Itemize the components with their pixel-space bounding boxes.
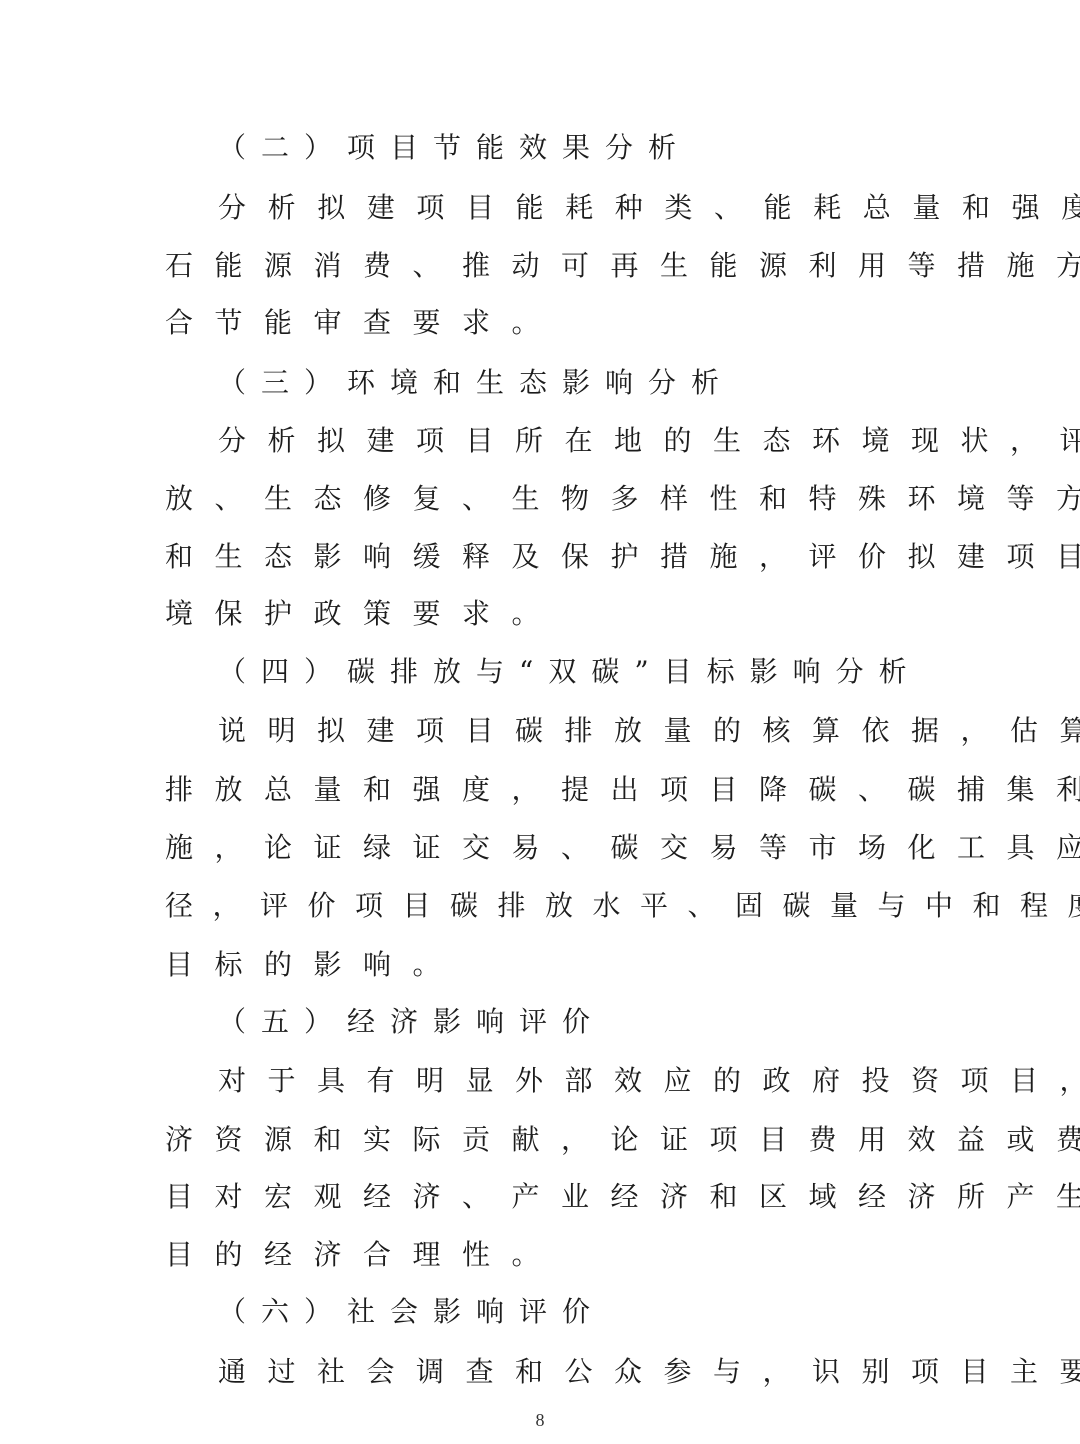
paragraph-line: 石能源消费、推动可再生能源利用等措施方案，评价项目是否符 [165, 246, 925, 286]
paragraph-line: 和生态影响缓释及保护措施，评价拟建项目能否满足有关生态环 [165, 537, 925, 577]
paragraph-line: 分析拟建项目能耗种类、能耗总量和强度指标，研究控制化 [218, 188, 978, 228]
paragraph-line: 对于具有明显外部效应的政府投资项目，分析项目耗费的经 [218, 1061, 978, 1101]
paragraph-line: 径，评价项目碳排放水平、固碳量与中和程度以及对当地“双碳” [165, 886, 925, 926]
paragraph-line: 施，论证绿证交易、碳交易等市场化工具应用的可能性及实施路 [165, 828, 925, 868]
paragraph-line: 境保护政策要求。 [165, 594, 925, 634]
paragraph-line: 通过社会调查和公众参与，识别项目主要社会影响因素和主 [218, 1352, 978, 1392]
paragraph-line: 目的经济合理性。 [165, 1235, 925, 1275]
section-heading-carbon: （四）碳排放与“双碳”目标影响分析 [218, 652, 978, 692]
paragraph-line: 目对宏观经济、产业经济和区域经济所产生的影响，评价拟建项 [165, 1177, 925, 1217]
paragraph-line: 分析拟建项目所在地的生态环境现状，评价项目在污染物排 [218, 421, 978, 461]
paragraph-line: 放、生态修复、生物多样性和特殊环境等方面的影响，提出环境 [165, 479, 925, 519]
paragraph-line: 目标的影响。 [165, 945, 925, 985]
paragraph-line: 济资源和实际贡献，论证项目费用效益或费用效果，以及重大项 [165, 1120, 925, 1160]
section-heading-economic: （五）经济影响评价 [218, 1002, 978, 1042]
paragraph-line: 合节能审查要求。 [165, 303, 925, 343]
section-heading-environment: （三）环境和生态影响分析 [218, 363, 978, 403]
paragraph-line: 排放总量和强度，提出项目降碳、碳捕集利用和封存及碳汇等措 [165, 770, 925, 810]
section-heading-energy: （二）项目节能效果分析 [218, 128, 978, 168]
paragraph-line: 说明拟建项目碳排放量的核算依据，估算项目全生命周期碳 [218, 711, 978, 751]
section-heading-social: （六）社会影响评价 [218, 1292, 978, 1332]
page-number: 8 [0, 1410, 1080, 1431]
